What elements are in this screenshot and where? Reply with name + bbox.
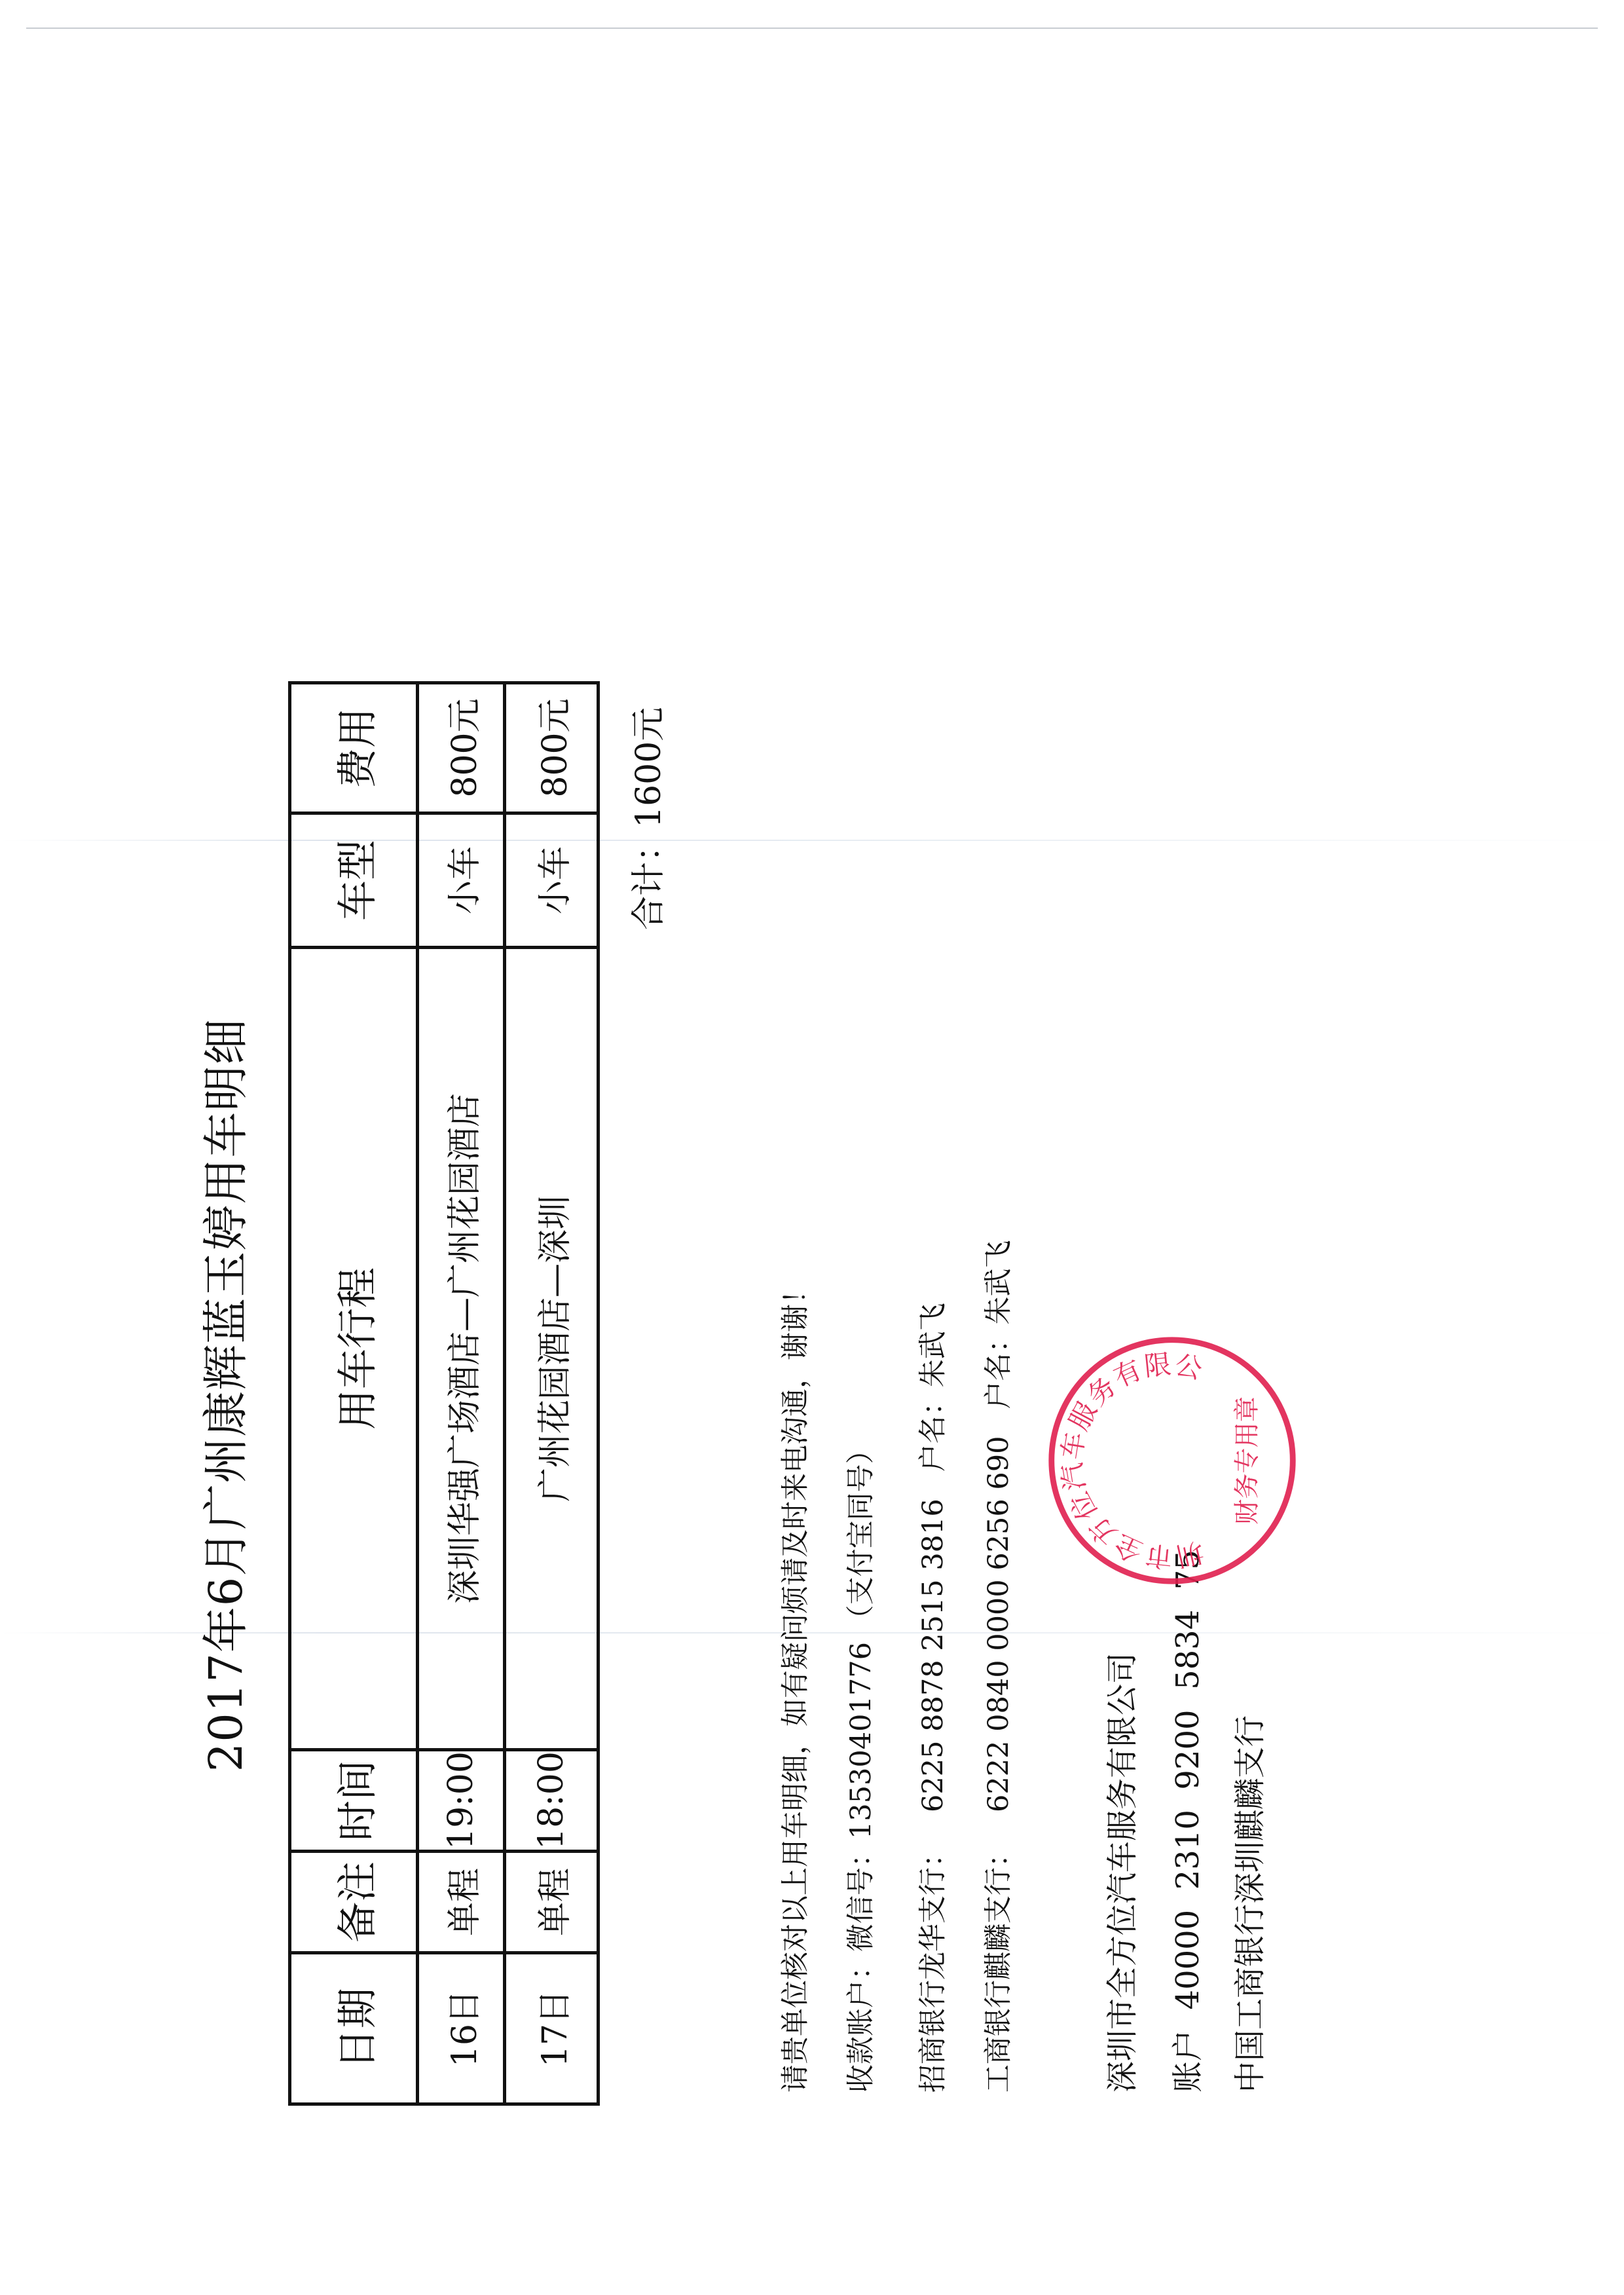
document-title: 2017年6月广州康辉蓝玉婷用车明细: [196, 684, 255, 2106]
company-account: 账户 40000 2310 9200 5834 75: [1168, 1550, 1208, 2093]
cmb-account: 招商银行龙华支行： 6225 8878 2515 3816 户名：朱武飞: [913, 1303, 953, 2093]
cell-fee: 800元: [418, 683, 505, 813]
cmb-holder: 户名：朱武飞: [917, 1303, 950, 1472]
table-row: 16日 单程 19:00 深圳华强广场酒店—广州花园酒店 小车 800元: [418, 683, 505, 2104]
scan-edge-line: [26, 28, 1598, 29]
icbc-account: 工商银行麒麟支行： 6222 0840 0000 6256 690 户名：朱武飞: [979, 1240, 1018, 2093]
wechat-number: 13530401776 （支付宝同号）: [845, 1436, 877, 1839]
icbc-label: 工商银行麒麟支行：: [982, 1839, 1015, 2093]
header-route: 用车行程: [290, 948, 418, 1750]
document-page: 2017年6月广州康辉蓝玉婷用车明细 日期 备注 时间 用车行程 车型 费用 1…: [0, 0, 1624, 2295]
cell-date: 17日: [505, 1953, 599, 2104]
header-remark: 备注: [290, 1852, 418, 1953]
cell-vehicle-type: 小车: [418, 813, 505, 948]
icbc-number: 6222 0840 0000 6256 690: [982, 1436, 1015, 1812]
cell-remark: 单程: [505, 1852, 599, 1953]
company-account-number: 40000 2310 9200 5834 75: [1170, 1550, 1206, 2009]
cmb-label: 招商银行龙华支行：: [917, 1839, 950, 2093]
cmb-number: 6225 8878 2515 3816: [917, 1499, 950, 1812]
vehicle-usage-table: 日期 备注 时间 用车行程 车型 费用 16日 单程 19:00 深圳华强广场酒…: [288, 681, 600, 2106]
table-header-row: 日期 备注 时间 用车行程 车型 费用: [290, 683, 418, 2104]
wechat-account: 收款账户：微信号：13530401776 （支付宝同号）: [841, 1436, 881, 2093]
svg-text:财务专用章: 财务专用章: [1232, 1396, 1262, 1525]
cell-route: 广州花园酒店—深圳: [505, 948, 599, 1750]
cell-fee: 800元: [505, 683, 599, 813]
header-date: 日期: [290, 1953, 418, 2104]
verification-note: 请贵单位核对以上用车明细，如有疑问烦请及时来电沟通，谢谢！: [776, 1276, 815, 2093]
icbc-holder: 户名：朱武飞: [982, 1240, 1015, 1409]
cell-route: 深圳华强广场酒店—广州花园酒店: [418, 948, 505, 1750]
cell-time: 19:00: [418, 1750, 505, 1852]
company-bank: 中国工商银行深圳麒麟支行: [1230, 1715, 1270, 2093]
total-amount: 合计：1600元: [621, 707, 670, 930]
header-time: 时间: [290, 1750, 418, 1852]
header-vehicle-type: 车型: [290, 813, 418, 948]
cell-time: 18:00: [505, 1750, 599, 1852]
cell-date: 16日: [418, 1953, 505, 2104]
table-row: 17日 单程 18:00 广州花园酒店—深圳 小车 800元: [505, 683, 599, 2104]
wechat-label: 收款账户：微信号：: [845, 1839, 877, 2093]
company-account-label: 账户: [1170, 2030, 1206, 2093]
company-name: 深圳市全方位汽车服务有限公司: [1102, 1652, 1143, 2093]
header-fee: 费用: [290, 683, 418, 813]
cell-vehicle-type: 小车: [505, 813, 599, 948]
cell-remark: 单程: [418, 1852, 505, 1953]
